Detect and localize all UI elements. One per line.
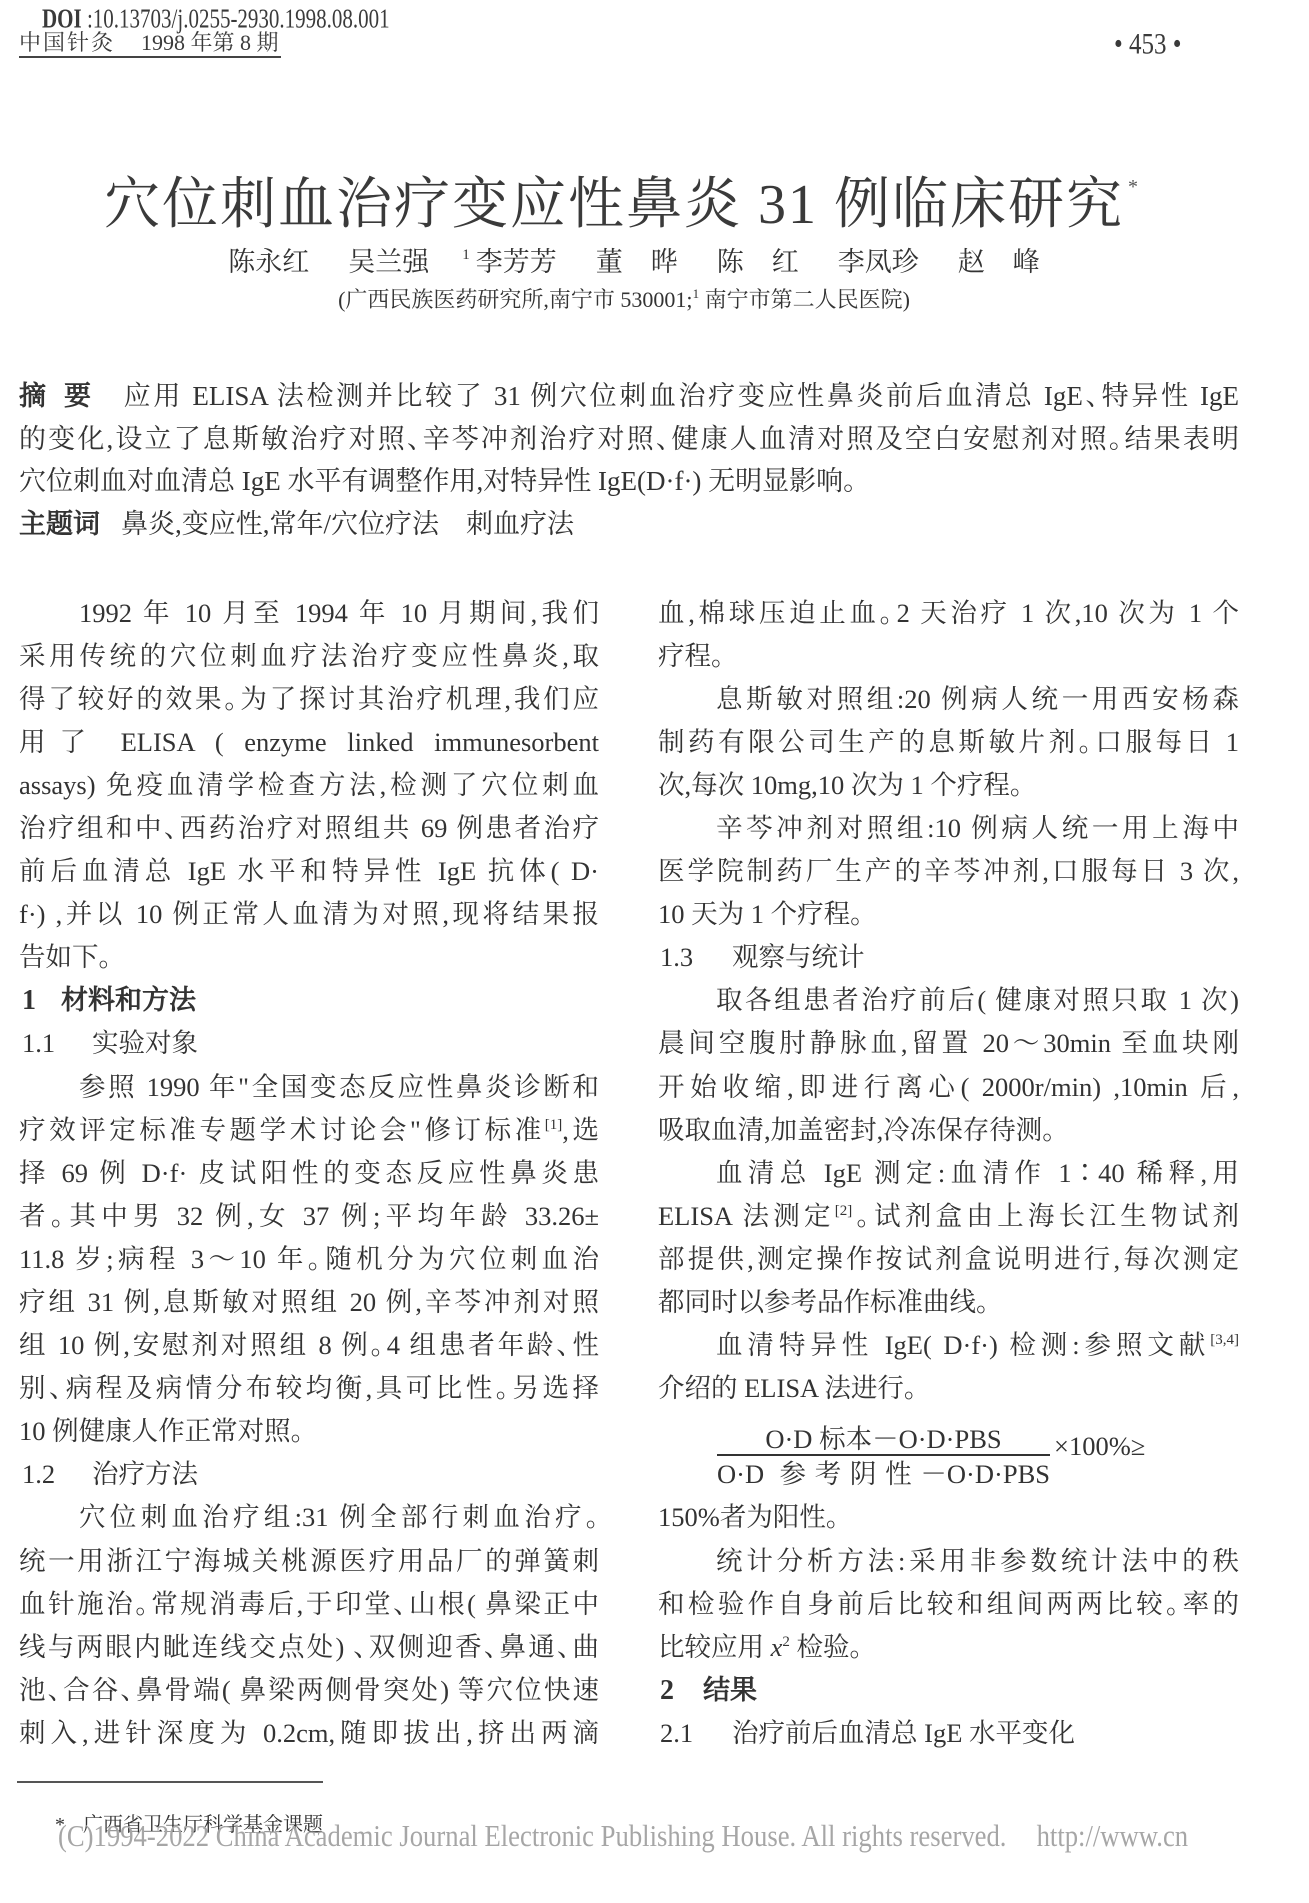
subsection-heading: 2.1治疗前后血清总 IgE 水平变化 [658,1712,1239,1755]
author-name: 董晔 [596,247,706,277]
keywords-text: 鼻炎,变应性,常年/穴位疗法 刺血疗法 [121,509,574,539]
body-column-left: 1992 年 10 月至 1994 年 10 月期间,我们 采用传统的穴位刺血疗… [19,592,599,1756]
author-name: 李芳芳 [476,247,557,277]
citation-ref: [3,4] [1210,1332,1239,1348]
author-name: 陈红 [717,247,827,277]
footnote-divider [17,1781,323,1783]
copyright-watermark: (C)1994-2022 China Academic Journal Elec… [58,1818,1188,1854]
body-line: 都同时以参考品作标准曲线。 [658,1281,1239,1324]
subsection-number: 2.1 [658,1712,732,1755]
author-name: 陈永红 [228,247,309,277]
body-text: 。试剂盒由上海长江生物试剂 [852,1201,1239,1231]
subsection-title: 实验对象 [92,1028,198,1058]
subsection-heading: 1.1实验对象 [19,1022,599,1065]
body-line: 11.8 岁;病程 3～10 年。随机分为穴位刺血治 [19,1238,599,1281]
fraction-numerator: O·D 标本－O·D·PBS [717,1422,1050,1454]
citation-ref: [1] [545,1117,563,1133]
body-line: 150%者为阳性。 [658,1496,1239,1539]
fraction-denominator: O·D 参考阴性－O·D·PBS [717,1456,1050,1492]
body-line: 疗程。 [658,635,1239,678]
subsection-number: 1.3 [658,936,732,979]
abstract-line: 摘 要应用 ELISA 法检测并比较了 31 例穴位刺血治疗变应性鼻炎前后血清总… [19,375,1239,418]
body-line: 统一用浙江宁海城关桃源医疗用品厂的弹簧刺 [19,1540,599,1583]
affiliation: (广西民族医药研究所,南宁市 530001;1 南宁市第二人民医院) [0,286,1248,314]
author-name: 李凤珍 [838,247,919,277]
fraction: O·D 标本－O·D·PBS O·D 参考阴性－O·D·PBS [717,1422,1050,1492]
author: 吴兰强 [342,247,429,277]
body-line: 10 例健康人作正常对照。 [19,1410,599,1453]
section-heading: 1材料和方法 [19,979,599,1022]
body-line: 息斯敏对照组:20 例病人统一用西安杨森 [658,678,1239,721]
abstract-line: 穴位刺血对血清总 IgE 水平有调整作用,对特异性 IgE(D·f·) 无明显影… [19,460,1239,503]
body-line: f·) ,并以 10 例正常人血清为对照,现将结果报 [19,893,599,936]
body-line: 者。其中男 32 例,女 37 例;平均年龄 33.26± [19,1195,599,1238]
body-line: 吸取血清,加盖密封,冷冻保存待测。 [658,1109,1239,1152]
body-line: 部提供,测定操作按试剂盒说明进行,每次测定 [658,1238,1239,1281]
section-number: 2 [658,1669,703,1712]
body-line: 治疗组和中、西药治疗对照组共 69 例患者治疗 [19,807,599,850]
body-line: 比较应用 x2 检验。 [658,1626,1239,1669]
affiliation-secondary: 南宁市第二人民医院) [699,287,910,312]
section-heading: 2结果 [658,1669,1239,1712]
section-title: 结果 [703,1675,757,1705]
abstract: 摘 要应用 ELISA 法检测并比较了 31 例穴位刺血治疗变应性鼻炎前后血清总… [19,375,1239,545]
watermark-url: http://www.cn [1037,1818,1189,1853]
article-title: 穴位刺血治疗变应性鼻炎 31 例临床研究* [0,170,1244,240]
affiliation-mark: 1 [462,247,470,263]
page-number: • 453 • [1114,27,1182,63]
watermark-copyright: (C)1994-2022 China Academic Journal Elec… [58,1818,1006,1853]
subsection-number: 1.2 [19,1453,92,1496]
body-line: 血,棉球压迫止血。2 天治疗 1 次,10 次为 1 个 [658,592,1239,635]
body-column-right: 血,棉球压迫止血。2 天治疗 1 次,10 次为 1 个 疗程。 息斯敏对照组:… [658,592,1239,1756]
body-line: 参照 1990 年"全国变态反应性鼻炎诊断和 [19,1066,599,1109]
subsection-heading: 1.3观察与统计 [658,936,1239,979]
abstract-text: 应用 ELISA 法检测并比较了 31 例穴位刺血治疗变应性鼻炎前后血清总 Ig… [121,381,1239,411]
body-line: 用了 ELISA ( enzyme linked immunesorbent [19,721,599,764]
formula-suffix: ×100%≥ [1054,1428,1145,1464]
body-line: 统计分析方法:采用非参数统计法中的秩 [658,1540,1239,1583]
positivity-formula: O·D 标本－O·D·PBS O·D 参考阴性－O·D·PBS ×100%≥ [658,1410,1239,1496]
affiliation-primary: (广西民族医药研究所,南宁市 530001; [338,287,692,312]
body-line: 开始收缩,即进行离心( 2000r/min) ,10min 后, [658,1066,1239,1109]
citation-ref: [2] [835,1203,853,1219]
author: 陈红 [711,247,799,277]
body-line: 采用传统的穴位刺血疗法治疗变应性鼻炎,取 [19,635,599,678]
body-line: 医学院制药厂生产的辛芩冲剂,口服每日 3 次, [658,850,1239,893]
body-line: 1992 年 10 月至 1994 年 10 月期间,我们 [19,592,599,635]
body-line: ELISA 法测定[2]。试剂盒由上海长江生物试剂 [658,1195,1239,1238]
body-line: 疗效评定标准专题学术讨论会"修订标准[1],选 [19,1109,599,1152]
body-line: 池、合谷、鼻骨端( 鼻梁两侧骨突处) 等穴位快速 [19,1669,599,1712]
abstract-line: 的变化,设立了息斯敏治疗对照、辛芩冲剂治疗对照、健康人血清对照及空白安慰剂对照。… [19,418,1239,461]
body-line: 次,每次 10mg,10 次为 1 个疗程。 [658,764,1239,807]
keywords-label: 主题词 [19,503,121,546]
body-line: 告如下。 [19,936,599,979]
body-text: ,选 [562,1115,599,1145]
author-name: 赵峰 [958,247,1068,277]
subsection-title: 治疗前后血清总 IgE 水平变化 [732,1718,1075,1748]
abstract-label: 摘 要 [19,375,91,418]
body-line: 10 天为 1 个疗程。 [658,893,1239,936]
body-text: 比较应用 [658,1632,771,1662]
subsection-heading: 1.2治疗方法 [19,1453,599,1496]
body-line: 血清总 IgE 测定:血清作 1∶40 稀释,用 [658,1152,1239,1195]
author: 赵峰 [952,247,1040,277]
math-variable: x [771,1632,783,1662]
author: 陈永红 [222,247,309,277]
body-line: assays) 免疫血清学检查方法,检测了穴位刺血 [19,764,599,807]
body-line: 疗组 31 例,息斯敏对照组 20 例,辛芩冲剂对照 [19,1281,599,1324]
body-line: 血针施治。常规消毒后,于印堂、山根( 鼻梁正中 [19,1583,599,1626]
body-text: 血清特异性 IgE( D·f·) 检测:参照文献 [716,1330,1210,1360]
body-line: 刺入,进针深度为 0.2cm,随即拔出,挤出两滴 [19,1712,599,1755]
journal-issue: 1998 年第 8 期 [141,30,279,55]
author: 1李芳芳 [462,247,557,277]
body-line: 线与两眼内眦连线交点处) 、双侧迎香、鼻通、曲 [19,1626,599,1669]
body-line: 和检验作自身前后比较和组间两两比较。率的 [658,1583,1239,1626]
body-line: 血清特异性 IgE( D·f·) 检测:参照文献[3,4] [658,1324,1239,1367]
author-name: 吴兰强 [348,247,429,277]
section-number: 1 [19,979,61,1022]
keywords-line: 主题词鼻炎,变应性,常年/穴位疗法 刺血疗法 [19,503,1239,546]
body-line: 制药有限公司生产的息斯敏片剂。口服每日 1 [658,721,1239,764]
subsection-title: 观察与统计 [732,942,865,972]
journal-name: 中国针灸 [19,30,115,55]
body-line: 辛芩冲剂对照组:10 例病人统一用上海中 [658,807,1239,850]
body-line: 晨间空腹肘静脉血,留置 20～30min 至血块刚 [658,1022,1239,1065]
article-title-text: 穴位刺血治疗变应性鼻炎 31 例临床研究 [104,174,1124,236]
body-text: ELISA 法测定 [658,1201,835,1231]
author: 董晔 [590,247,678,277]
title-footnote-mark: * [1128,176,1140,198]
journal-issue-line: 中国针灸1998 年第 8 期 [19,30,281,58]
subsection-title: 治疗方法 [92,1459,198,1489]
author: 李凤珍 [832,247,919,277]
body-line: 穴位刺血治疗组:31 例全部行刺血治疗。 [19,1496,599,1539]
body-line: 择 69 例 D·f· 皮试阳性的变态反应性鼻炎患 [19,1152,599,1195]
body-line: 前后血清总 IgE 水平和特异性 IgE 抗体( D· [19,850,599,893]
exponent: 2 [782,1634,790,1650]
body-text: 检验。 [790,1632,863,1662]
body-line: 组 10 例,安慰剂对照组 8 例。4 组患者年龄、性 [19,1324,599,1367]
body-text: 疗效评定标准专题学术讨论会"修订标准 [19,1115,545,1145]
section-title: 材料和方法 [61,985,196,1015]
body-line: 别、病程及病情分布较均衡,具可比性。另选择 [19,1367,599,1410]
body-line: 介绍的 ELISA 法进行。 [658,1367,1239,1410]
body-line: 得了较好的效果。为了探讨其治疗机理,我们应 [19,678,599,721]
subsection-number: 1.1 [19,1022,92,1065]
author-list: 陈永红吴兰强1李芳芳董晔陈红李凤珍赵峰 [0,245,1262,279]
body-line: 取各组患者治疗前后( 健康对照只取 1 次) [658,979,1239,1022]
